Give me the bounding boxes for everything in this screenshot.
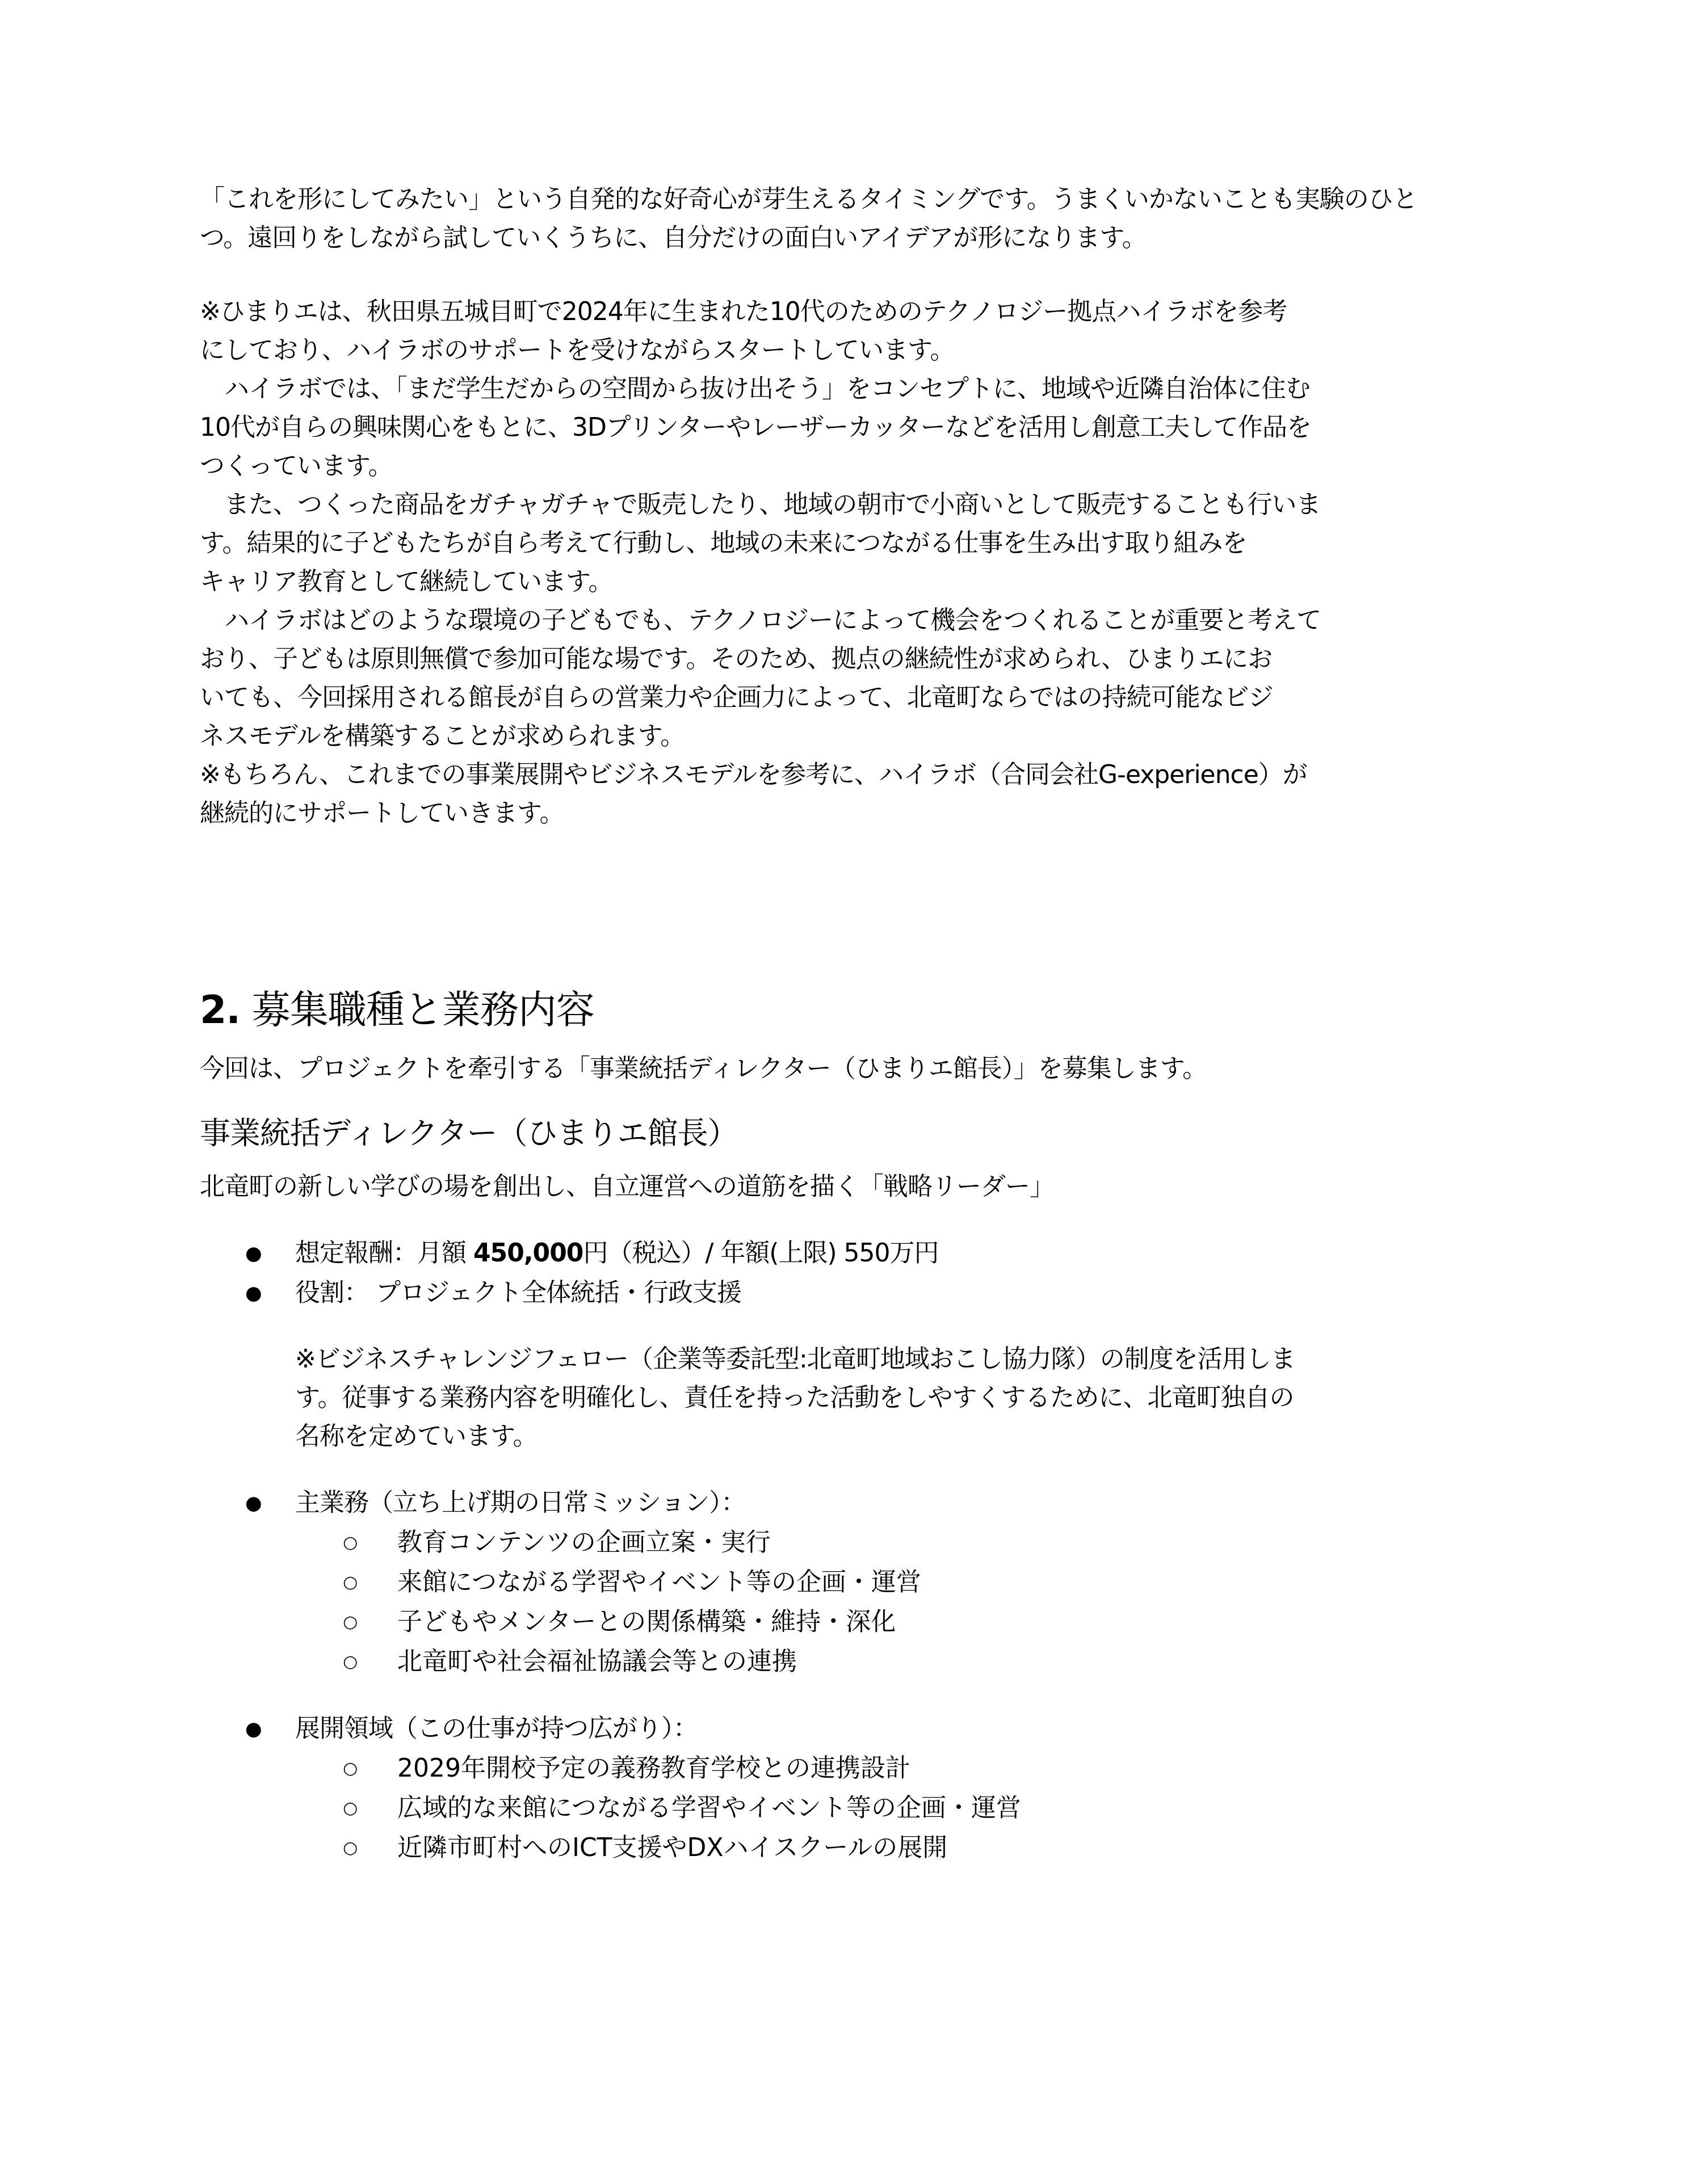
spacer [200,258,1500,293]
text-line: キャリア教育として継続しています。 [200,563,1500,601]
role-text: 役割： プロジェクト全体統括・行政支援 [295,1278,741,1307]
text-line: ※ビジネスチャレンジフェロー（企業等委託型:北竜町地域おこし協力隊）の制度を活用… [295,1340,1476,1379]
role-tagline: 北竜町の新しい学びの場を創出し、自立運営への道筋を描く「戦略リーダー」 [200,1168,1500,1206]
role-title: 事業統括ディレクター（ひまりエ館長） [200,1110,1500,1158]
list-item: ○ 来館につながる学習やイベント等の企画・運営 [295,1563,1500,1602]
text-line: つ。遠回りをしながら試していくうちに、自分だけの面白いアイデアが形になります。 [200,219,1500,258]
intro-paragraph: 「これを形にしてみたい」という自発的な好奇心が芽生えるタイミングです。うまくいか… [200,180,1500,258]
bullet-icon: ● [245,1483,262,1523]
circle-bullet-icon: ○ [343,1602,358,1642]
text-line: ※もちろん、これまでの事業展開やビジネスモデルを参考に、ハイラボ（合同会社G-e… [200,756,1500,794]
text-line: ※ひまりエは、秋田県五城目町で2024年に生まれた10代のためのテクノロジー拠点… [200,293,1500,331]
text-line: 継続的にサポートしていきます。 [200,794,1500,833]
text-line: つくっています。 [200,447,1500,486]
list-item-role: ● 役割： プロジェクト全体統括・行政支援 [200,1273,1500,1313]
bullet-icon: ● [245,1273,262,1313]
list-item-text: 子どもやメンターとの関係構築・維持・深化 [397,1608,896,1636]
list-item-main-duties: ● 主業務（立ち上げ期の日常ミッション）： [200,1483,1500,1523]
section-title: 募集職種と業務内容 [252,988,594,1033]
main-duties-sublist: ○ 教育コンテンツの企画立案・実行 ○ 来館につながる学習やイベント等の企画・運… [295,1523,1500,1682]
text-line: す。結果的に子どもたちが自ら考えて行動し、地域の未来につながる仕事を生み出す取り… [200,524,1500,563]
fellow-note: ※ビジネスチャレンジフェロー（企業等委託型:北竜町地域おこし協力隊）の制度を活用… [295,1340,1476,1456]
text-line: ハイラボはどのような環境の子どもでも、テクノロジーによって機会をつくれることが重… [200,601,1500,640]
section-heading: 2. 募集職種と業務内容 [200,979,1500,1042]
text-line: また、つくった商品をガチャガチャで販売したり、地域の朝市で小商いとして販売するこ… [200,486,1500,524]
expansion-sublist: ○ 2029年開校予定の義務教育学校との連携設計 ○ 広域的な来館につながる学習… [295,1749,1500,1868]
text-line: おり、子どもは原則無償で参加可能な場です。そのため、拠点の継続性が求められ、ひま… [200,640,1500,679]
list-item-text: 2029年開校予定の義務教育学校との連携設計 [397,1754,910,1783]
circle-bullet-icon: ○ [343,1749,358,1789]
text-line: いても、今回採用される館長が自らの営業力や企画力によって、北竜町ならではの持続可… [200,679,1500,717]
text-line: ハイラボでは、「まだ学生だからの空間から抜け出そう」をコンセプトに、地域や近隣自… [200,370,1500,409]
role-details-list: ● 想定報酬：月額 450,000円（税込）/ 年額(上限) 550万円 ● 役… [200,1234,1500,1313]
text-line: にしており、ハイラボのサポートを受けながらスタートしています。 [200,331,1500,370]
salary-rest: 円（税込）/ 年額(上限) 550万円 [583,1239,938,1268]
main-duties-label: 主業務（立ち上げ期の日常ミッション）： [295,1488,745,1517]
spacer [200,833,1500,979]
list-item: ○ 教育コンテンツの企画立案・実行 [295,1523,1500,1563]
list-item: ○ 2029年開校予定の義務教育学校との連携設計 [295,1749,1500,1789]
section-number: 2. [200,988,240,1033]
list-item-text: 広域的な来館につながる学習やイベント等の企画・運営 [397,1794,1021,1823]
salary-monthly-amount: 450,000 [473,1239,583,1268]
circle-bullet-icon: ○ [343,1642,358,1682]
bullet-icon: ● [245,1709,262,1749]
main-duties-list: ● 主業務（立ち上げ期の日常ミッション）： [200,1483,1500,1523]
text-line: 名称を定めています。 [295,1417,1476,1456]
text-line: 「これを形にしてみたい」という自発的な好奇心が芽生えるタイミングです。うまくいか… [200,180,1500,219]
list-item: ○ 広域的な来館につながる学習やイベント等の企画・運営 [295,1789,1500,1828]
list-item: ○ 近隣市町村へのICT支援やDXハイスクールの展開 [295,1828,1500,1868]
circle-bullet-icon: ○ [343,1563,358,1602]
list-item-text: 教育コンテンツの企画立案・実行 [397,1528,771,1557]
list-item-text: 北竜町や社会福祉協議会等との連携 [397,1647,797,1676]
expansion-list: ● 展開領域（この仕事が持つ広がり）： [200,1709,1500,1749]
circle-bullet-icon: ○ [343,1789,358,1828]
expansion-label: 展開領域（この仕事が持つ広がり）： [295,1714,698,1743]
background-paragraph: ※ひまりエは、秋田県五城目町で2024年に生まれた10代のためのテクノロジー拠点… [200,293,1500,833]
document-page: 「これを形にしてみたい」という自発的な好奇心が芽生えるタイミングです。うまくいか… [200,180,1500,1868]
list-item-expansion: ● 展開領域（この仕事が持つ広がり）： [200,1709,1500,1749]
bullet-icon: ● [245,1234,262,1273]
list-item-text: 近隣市町村へのICT支援やDXハイスクールの展開 [397,1833,947,1862]
list-item-salary: ● 想定報酬：月額 450,000円（税込）/ 年額(上限) 550万円 [200,1234,1500,1273]
text-line: 10代が自らの興味関心をもとに、3Dプリンターやレーザーカッターなどを活用し創意… [200,409,1500,447]
list-item: ○ 子どもやメンターとの関係構築・維持・深化 [295,1602,1500,1642]
circle-bullet-icon: ○ [343,1523,358,1563]
text-line: ネスモデルを構築することが求められます。 [200,717,1500,756]
section-intro: 今回は、プロジェクトを牽引する「事業統括ディレクター（ひまりエ館長）」を募集しま… [200,1050,1500,1088]
salary-label: 想定報酬：月額 [295,1239,473,1268]
list-item: ○ 北竜町や社会福祉協議会等との連携 [295,1642,1500,1682]
list-item-text: 来館につながる学習やイベント等の企画・運営 [397,1568,921,1597]
text-line: す。従事する業務内容を明確化し、責任を持った活動をしやすくするために、北竜町独自… [295,1379,1476,1417]
circle-bullet-icon: ○ [343,1828,358,1868]
